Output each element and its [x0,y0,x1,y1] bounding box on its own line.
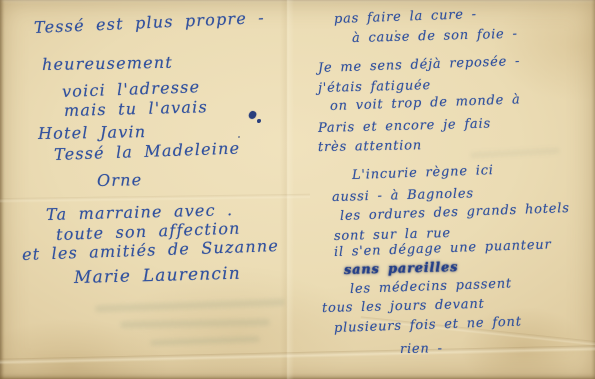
handwritten-line: on voit trop de monde à [330,92,521,114]
show-through-ghost [150,336,260,346]
handwritten-line: les ordures des grands hotels [340,201,570,224]
handwritten-line: mais tu l'avais [64,97,208,120]
show-through-ghost [95,299,285,313]
fold-crease-vertical [280,0,294,379]
handwritten-line: Orne [97,170,143,190]
letter-page: Tessé est plus propre - heureusement voi… [0,0,595,379]
handwritten-line: rien - [400,341,443,357]
handwritten-line: aussi - à Bagnoles [332,186,474,205]
handwritten-line: les médecins passent [350,276,512,297]
handwritten-line-blotted: sans pareilles [344,260,459,278]
handwritten-line: heureusement [42,53,173,74]
handwritten-line: tous les jours devant [322,297,485,316]
fold-crease-bottom [0,345,595,365]
ink-blot [248,110,257,120]
handwritten-line: très attention [318,138,422,155]
handwritten-line: L'incurie règne ici [352,163,494,183]
handwritten-line: Tessé est plus propre - [34,8,266,37]
show-through-ghost [120,319,270,329]
handwritten-line: Hotel Javin [38,122,147,143]
signature-line: Marie Laurencin [74,264,241,288]
handwritten-line: j'étais fatiguée [318,78,431,96]
handwritten-line: Paris et encore je fais [318,116,491,136]
ink-blot [257,119,261,123]
handwritten-line: plusieurs fois et ne font [334,314,522,336]
handwritten-line: à cause de son foie - [352,27,518,46]
handwritten-line: Je me sens déjà reposée - [318,54,521,76]
show-through-ghost [470,148,560,159]
handwritten-line: Tessé la Madeleine [54,139,241,164]
handwritten-line: pas faire la cure - [334,7,477,27]
